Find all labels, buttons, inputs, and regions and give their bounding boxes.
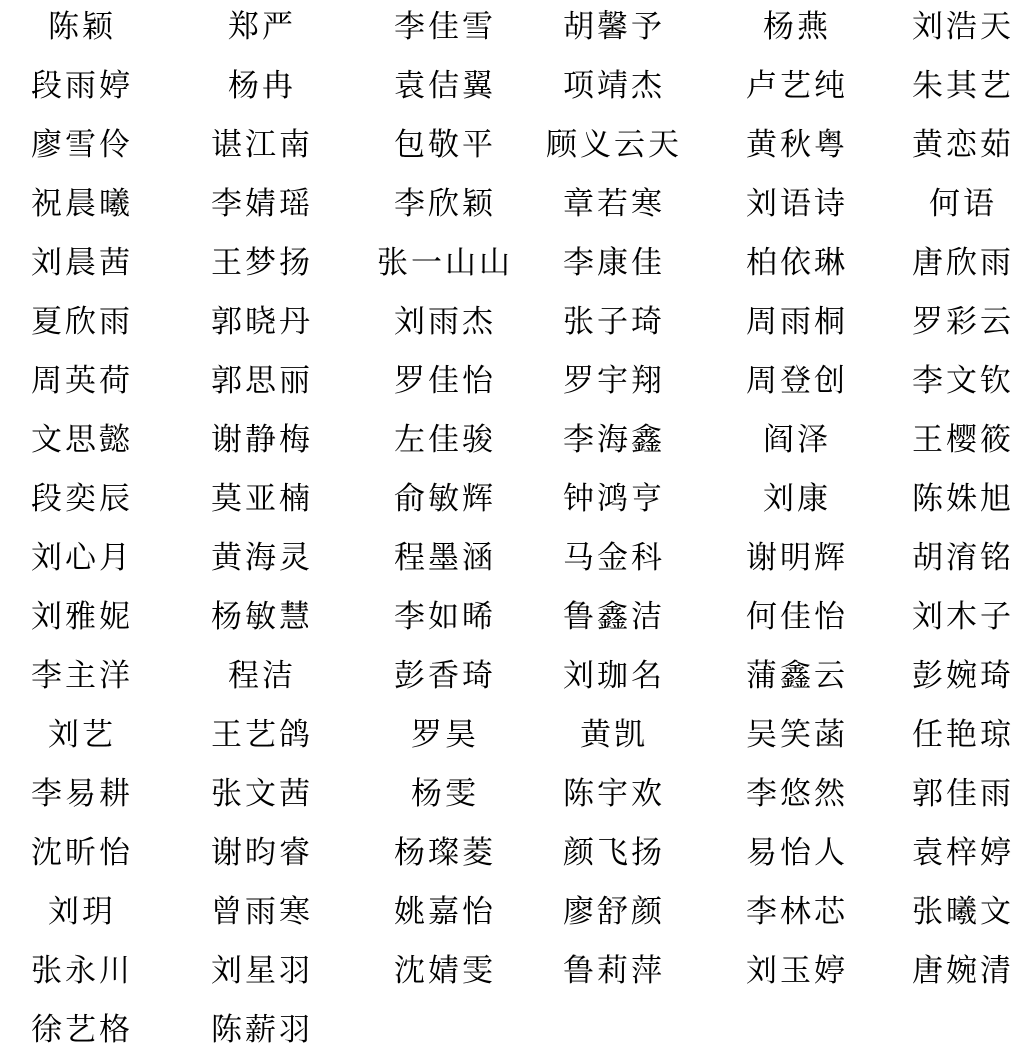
person-name: 刘语诗 — [746, 175, 848, 234]
person-name: 罗佳怡 — [394, 352, 496, 411]
person-name: 李佳雪 — [394, 0, 496, 57]
person-name: 李主洋 — [31, 647, 133, 706]
person-name: 周雨桐 — [746, 293, 848, 352]
person-name: 郭佳雨 — [912, 765, 1014, 824]
person-name: 郑严 — [228, 0, 296, 57]
person-name: 黄海灵 — [211, 529, 313, 588]
person-name: 袁梓婷 — [912, 824, 1014, 883]
person-name: 李如晞 — [394, 588, 496, 647]
name-row: 刘玥曾雨寒姚嘉怡廖舒颜李林芯张曦文 — [0, 883, 1026, 942]
person-name: 郭思丽 — [211, 352, 313, 411]
person-name: 陈宇欢 — [563, 765, 665, 824]
person-name: 鲁鑫洁 — [563, 588, 665, 647]
person-name: 颜飞扬 — [563, 824, 665, 883]
person-name: 张永川 — [31, 942, 133, 1001]
person-name: 刘珈名 — [563, 647, 665, 706]
person-name: 朱其艺 — [912, 57, 1014, 116]
person-name: 张一山山 — [377, 234, 513, 293]
name-row: 张永川刘星羽沈婧雯鲁莉萍刘玉婷唐婉清 — [0, 942, 1026, 1001]
person-name: 刘晨茜 — [31, 234, 133, 293]
person-name: 谌江南 — [211, 116, 313, 175]
person-name: 周英荷 — [31, 352, 133, 411]
person-name: 张文茜 — [211, 765, 313, 824]
person-name: 段雨婷 — [31, 57, 133, 116]
person-name: 刘雅妮 — [31, 588, 133, 647]
person-name: 文思懿 — [31, 411, 133, 470]
person-name: 程洁 — [228, 647, 296, 706]
person-name: 周登创 — [746, 352, 848, 411]
person-name: 柏依琳 — [746, 234, 848, 293]
person-name: 胡淯铭 — [912, 529, 1014, 588]
person-name: 李海鑫 — [563, 411, 665, 470]
person-name: 郭晓丹 — [211, 293, 313, 352]
name-row: 刘心月黄海灵程墨涵马金科谢明辉胡淯铭 — [0, 529, 1026, 588]
person-name: 黄凯 — [580, 706, 648, 765]
person-name: 廖雪伶 — [31, 116, 133, 175]
person-name: 杨燕 — [763, 0, 831, 57]
person-name: 杨雯 — [411, 765, 479, 824]
person-name: 夏欣雨 — [31, 293, 133, 352]
person-name: 谢明辉 — [746, 529, 848, 588]
person-name: 陈颖 — [48, 0, 116, 57]
person-name: 廖舒颜 — [563, 883, 665, 942]
person-name: 李婧瑶 — [211, 175, 313, 234]
person-name: 姚嘉怡 — [394, 883, 496, 942]
person-name: 何佳怡 — [746, 588, 848, 647]
person-name: 彭婉琦 — [912, 647, 1014, 706]
person-name: 李悠然 — [746, 765, 848, 824]
person-name: 沈昕怡 — [31, 824, 133, 883]
name-row: 徐艺格陈薪羽 — [0, 1001, 1026, 1056]
person-name: 左佳骏 — [394, 411, 496, 470]
person-name: 陈姝旭 — [912, 470, 1014, 529]
person-name: 蒲鑫云 — [746, 647, 848, 706]
person-name: 杨璨菱 — [394, 824, 496, 883]
name-row: 段奕辰莫亚楠俞敏辉钟鸿亨刘康陈姝旭 — [0, 470, 1026, 529]
person-name: 李文钦 — [912, 352, 1014, 411]
person-name: 胡馨予 — [563, 0, 665, 57]
person-name: 黄秋粤 — [746, 116, 848, 175]
person-name: 莫亚楠 — [211, 470, 313, 529]
name-row: 文思懿谢静梅左佳骏李海鑫阎泽王樱筱 — [0, 411, 1026, 470]
person-name: 段奕辰 — [31, 470, 133, 529]
person-name: 张曦文 — [912, 883, 1014, 942]
person-name: 杨冉 — [228, 57, 296, 116]
name-row: 沈昕怡谢昀睿杨璨菱颜飞扬易怡人袁梓婷 — [0, 824, 1026, 883]
person-name: 马金科 — [563, 529, 665, 588]
person-name: 吴笑菡 — [746, 706, 848, 765]
person-name: 谢静梅 — [211, 411, 313, 470]
person-name: 鲁莉萍 — [563, 942, 665, 1001]
person-name: 罗昊 — [411, 706, 479, 765]
person-name: 李易耕 — [31, 765, 133, 824]
person-name: 刘玉婷 — [746, 942, 848, 1001]
person-name: 阎泽 — [763, 411, 831, 470]
person-name: 徐艺格 — [31, 1001, 133, 1056]
name-row: 陈颖郑严李佳雪胡馨予杨燕刘浩天 — [0, 0, 1026, 57]
name-row: 刘艺王艺鸽罗昊黄凯吴笑菡任艳琼 — [0, 706, 1026, 765]
person-name: 刘艺 — [48, 706, 116, 765]
name-row: 刘晨茜王梦扬张一山山李康佳柏依琳唐欣雨 — [0, 234, 1026, 293]
name-row: 祝晨曦李婧瑶李欣颖章若寒刘语诗何语 — [0, 175, 1026, 234]
person-name: 钟鸿亨 — [563, 470, 665, 529]
name-list-grid: 陈颖郑严李佳雪胡馨予杨燕刘浩天段雨婷杨冉袁佶翼项靖杰卢艺纯朱其艺廖雪伶谌江南包敬… — [0, 0, 1026, 1056]
person-name: 黄恋茹 — [912, 116, 1014, 175]
person-name: 刘玥 — [48, 883, 116, 942]
person-name: 程墨涵 — [394, 529, 496, 588]
name-row: 李易耕张文茜杨雯陈宇欢李悠然郭佳雨 — [0, 765, 1026, 824]
person-name: 李康佳 — [563, 234, 665, 293]
name-row: 夏欣雨郭晓丹刘雨杰张子琦周雨桐罗彩云 — [0, 293, 1026, 352]
person-name: 刘浩天 — [912, 0, 1014, 57]
name-row: 刘雅妮杨敏慧李如晞鲁鑫洁何佳怡刘木子 — [0, 588, 1026, 647]
person-name: 罗宇翔 — [563, 352, 665, 411]
person-name: 谢昀睿 — [211, 824, 313, 883]
person-name: 祝晨曦 — [31, 175, 133, 234]
person-name: 杨敏慧 — [211, 588, 313, 647]
person-name: 何语 — [929, 175, 997, 234]
person-name: 卢艺纯 — [746, 57, 848, 116]
person-name: 刘心月 — [31, 529, 133, 588]
person-name: 俞敏辉 — [394, 470, 496, 529]
person-name: 唐婉清 — [912, 942, 1014, 1001]
person-name: 王艺鸽 — [211, 706, 313, 765]
name-row: 段雨婷杨冉袁佶翼项靖杰卢艺纯朱其艺 — [0, 57, 1026, 116]
person-name: 李欣颖 — [394, 175, 496, 234]
person-name: 顾义云天 — [546, 116, 682, 175]
person-name: 沈婧雯 — [394, 942, 496, 1001]
person-name: 彭香琦 — [394, 647, 496, 706]
person-name: 刘雨杰 — [394, 293, 496, 352]
person-name: 刘木子 — [912, 588, 1014, 647]
person-name: 王樱筱 — [912, 411, 1014, 470]
person-name: 项靖杰 — [563, 57, 665, 116]
person-name: 张子琦 — [563, 293, 665, 352]
person-name: 包敬平 — [394, 116, 496, 175]
person-name: 王梦扬 — [211, 234, 313, 293]
person-name: 刘康 — [763, 470, 831, 529]
person-name: 易怡人 — [746, 824, 848, 883]
person-name: 陈薪羽 — [211, 1001, 313, 1056]
person-name: 袁佶翼 — [394, 57, 496, 116]
person-name: 任艳琼 — [912, 706, 1014, 765]
person-name: 唐欣雨 — [912, 234, 1014, 293]
person-name: 曾雨寒 — [211, 883, 313, 942]
name-row: 周英荷郭思丽罗佳怡罗宇翔周登创李文钦 — [0, 352, 1026, 411]
person-name: 罗彩云 — [912, 293, 1014, 352]
person-name: 章若寒 — [563, 175, 665, 234]
person-name: 刘星羽 — [211, 942, 313, 1001]
name-row: 李主洋程洁彭香琦刘珈名蒲鑫云彭婉琦 — [0, 647, 1026, 706]
person-name: 李林芯 — [746, 883, 848, 942]
name-row: 廖雪伶谌江南包敬平顾义云天黄秋粤黄恋茹 — [0, 116, 1026, 175]
